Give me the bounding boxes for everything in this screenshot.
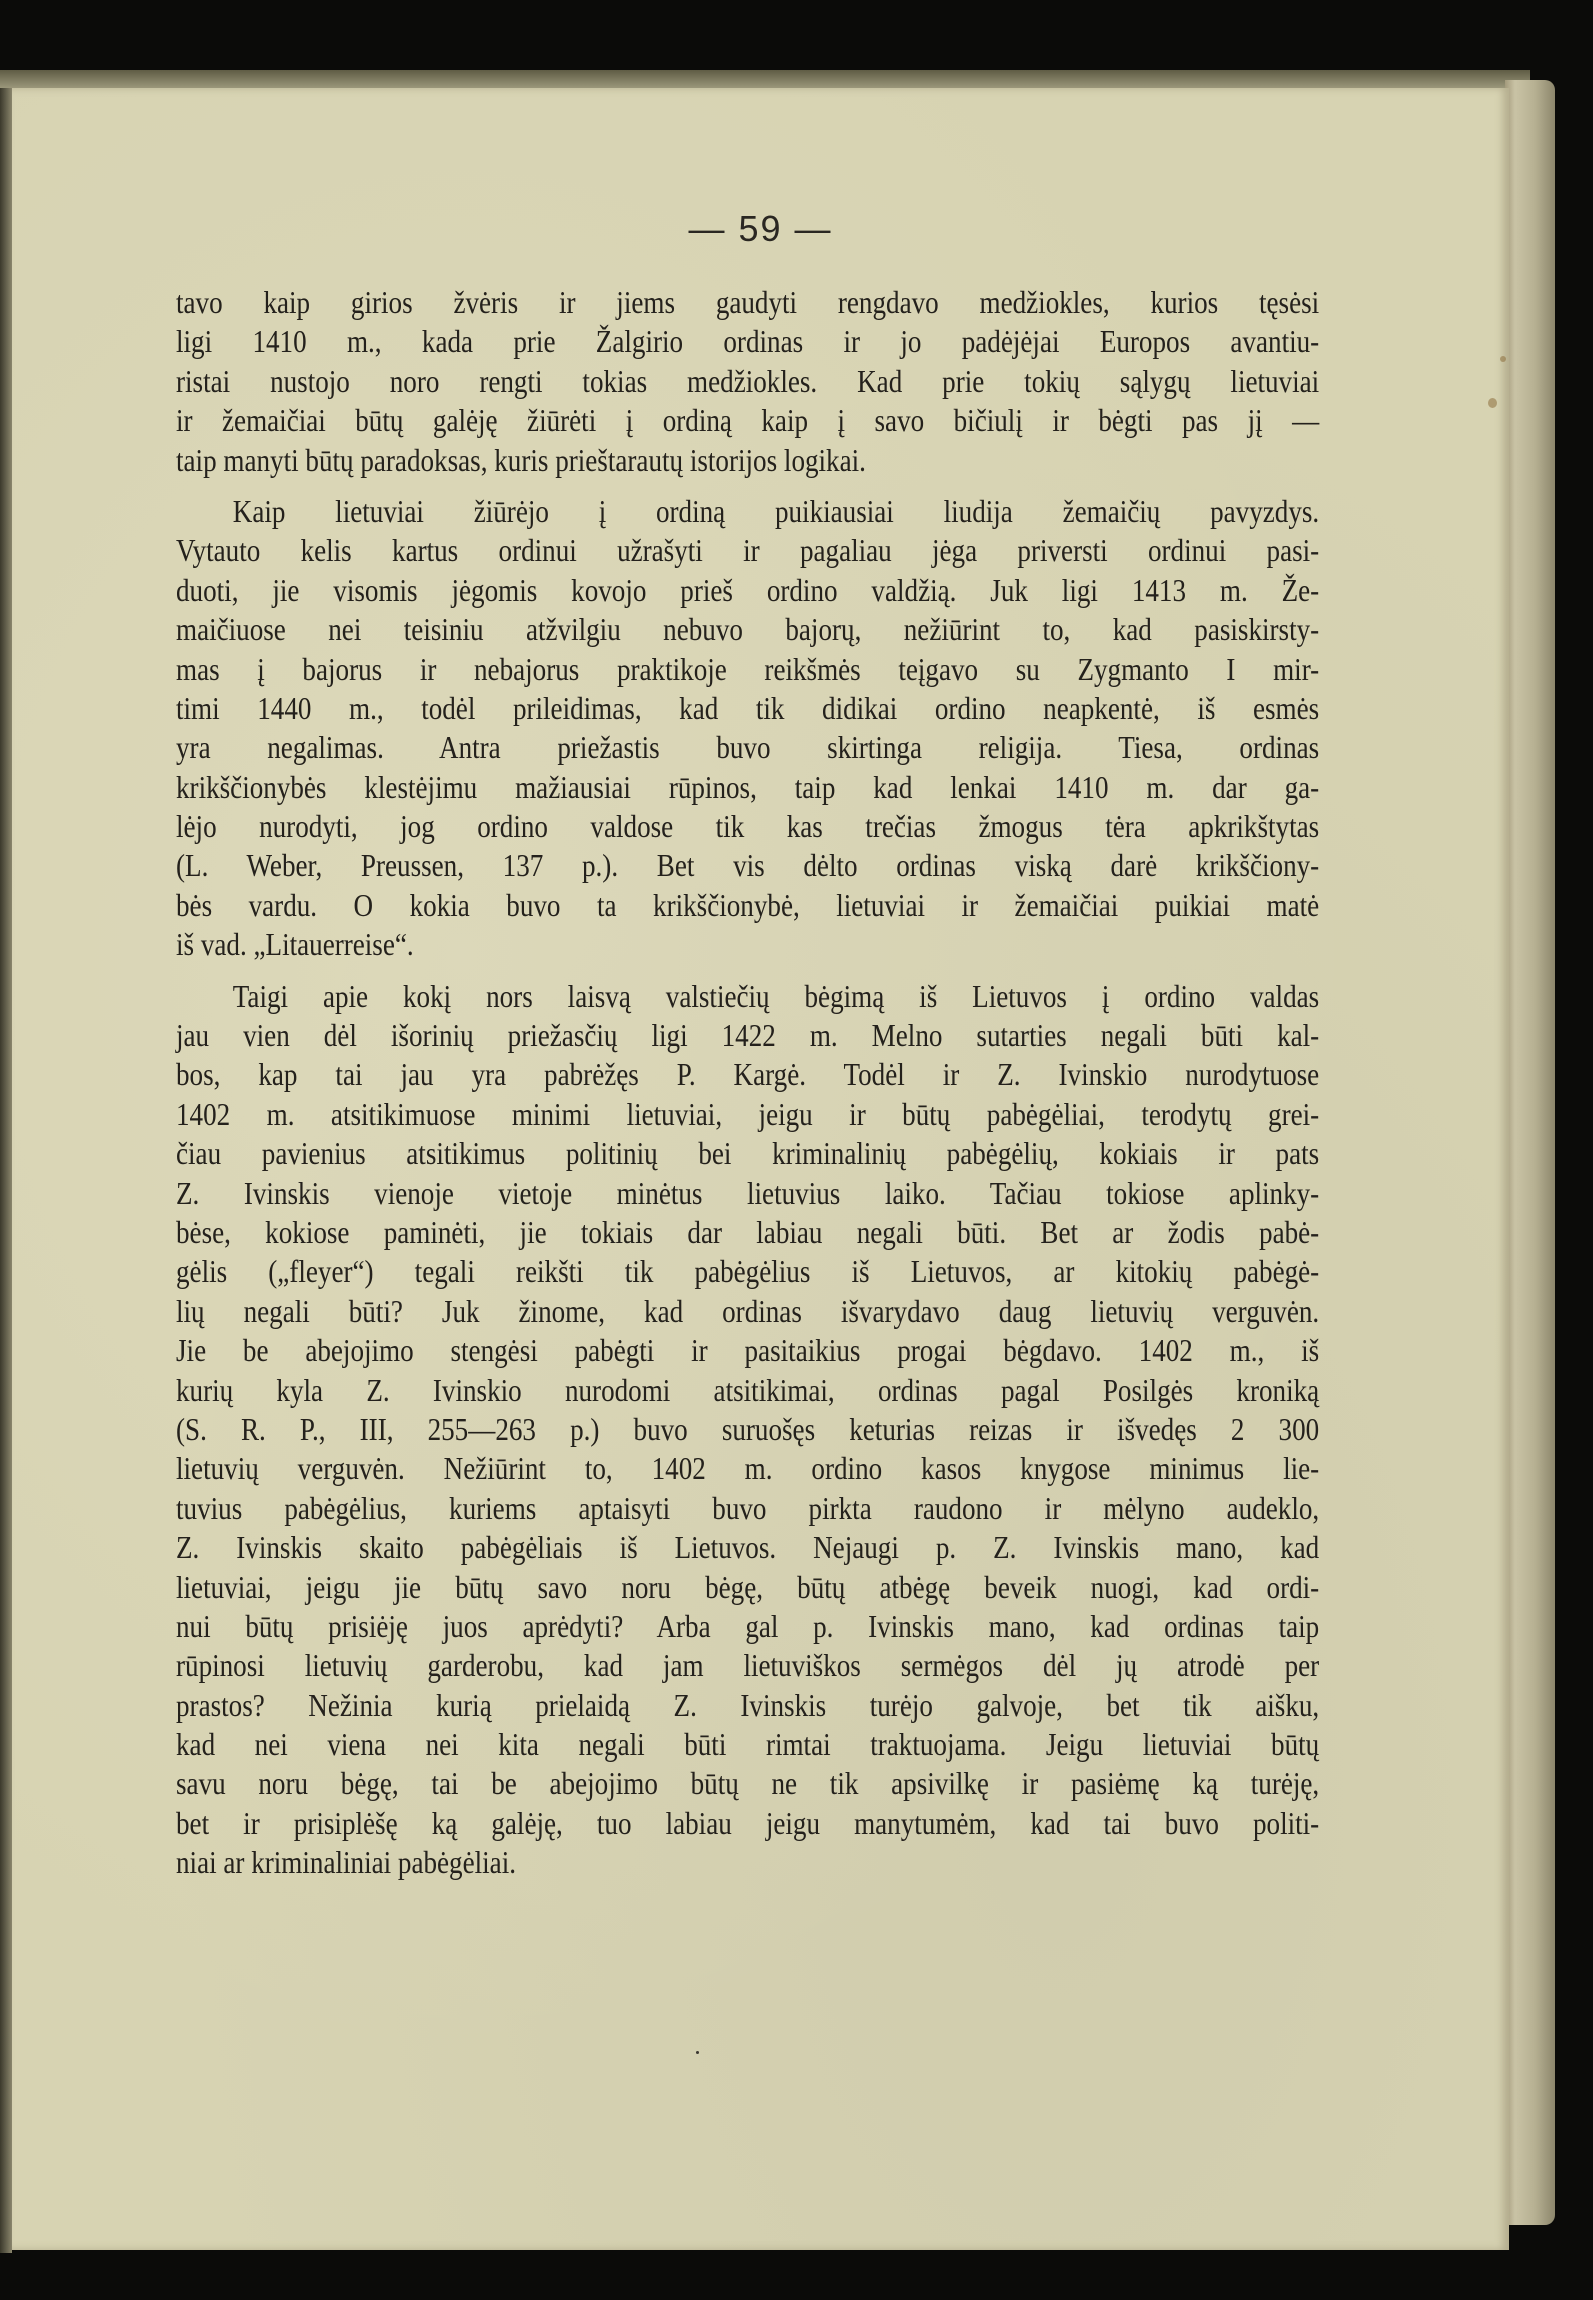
text-line: ristai nustojo noro rengti tokias medžio… (176, 362, 1319, 401)
text-line: bės vardu. O kokia buvo ta krikščionybė,… (176, 886, 1319, 925)
book-page: — 59 — tavo kaip girios žvėris ir jiems … (12, 88, 1509, 2250)
text-line: ir žemaičiai būtų galėję žiūrėti į ordin… (176, 401, 1319, 440)
page-number: — 59 — (12, 208, 1509, 250)
text-line: Z. Ivinskis vienoje vietoje minėtus liet… (176, 1174, 1319, 1213)
text-line: tavo kaip girios žvėris ir jiems gaudyti… (176, 283, 1319, 322)
paragraph-1: tavo kaip girios žvėris ir jiems gaudyti… (176, 283, 1319, 480)
text-line: (L. Weber, Preussen, 137 p.). Bet vis dė… (176, 846, 1319, 885)
text-line: Taigi apie kokį nors laisvą valstiečių b… (176, 977, 1319, 1016)
text-line: duoti, jie visomis jėgomis kovojo prieš … (176, 571, 1319, 610)
text-line: kad nei viena nei kita negali būti rimta… (176, 1725, 1319, 1764)
text-line: niai ar kriminaliniai pabėgėliai. (176, 1843, 1319, 1882)
paragraph-gap (176, 480, 1319, 492)
text-line: lėjo nurodyti, jog ordino valdose tik ka… (176, 807, 1319, 846)
text-line: lių negali būti? Juk žinome, kad ordinas… (176, 1292, 1319, 1331)
text-line: iš vad. „Litauerreise“. (176, 925, 1319, 964)
text-line: bet ir prisiplėšę ką galėję, tuo labiau … (176, 1804, 1319, 1843)
text-line: Vytauto kelis kartus ordinui užrašyti ir… (176, 531, 1319, 570)
page-fore-edge (1505, 80, 1555, 2225)
body-text: tavo kaip girios žvėris ir jiems gaudyti… (176, 283, 1319, 1883)
paper-stain (1488, 398, 1497, 408)
paragraph-3: Taigi apie kokį nors laisvą valstiečių b… (176, 977, 1319, 1883)
text-line: nui būtų prisiėję juos aprėdyti? Arba ga… (176, 1607, 1319, 1646)
text-line: mas į bajorus ir nebajorus praktikoje re… (176, 650, 1319, 689)
paper-stain (1500, 356, 1506, 362)
text-line: rūpinosi lietuvių garderobu, kad jam lie… (176, 1646, 1319, 1685)
text-line: bos, kap tai jau yra pabrėžęs P. Kargė. … (176, 1055, 1319, 1094)
text-line: prastos? Nežinia kurią prielaidą Z. Ivin… (176, 1686, 1319, 1725)
text-line: 1402 m. atsitikimuose minimi lietuviai, … (176, 1095, 1319, 1134)
book-left-edge (0, 88, 12, 2253)
text-line: Jie be abejojimo stengėsi pabėgti ir pas… (176, 1331, 1319, 1370)
paragraph-2: Kaip lietuviai žiūrėjo į ordiną puikiaus… (176, 492, 1319, 965)
text-line: yra negalimas. Antra priežastis buvo ski… (176, 728, 1319, 767)
text-line: savu noru bėgę, tai be abejojimo būtų ne… (176, 1764, 1319, 1803)
text-line: čiau pavienius atsitikimus politinių bei… (176, 1134, 1319, 1173)
text-line: maičiuose nei teisiniu atžvilgiu nebuvo … (176, 610, 1319, 649)
text-line: ligi 1410 m., kada prie Žalgirio ordinas… (176, 322, 1319, 361)
text-line: timi 1440 m., todėl prileidimas, kad tik… (176, 689, 1319, 728)
text-line: lietuviai, jeigu jie būtų savo noru bėgę… (176, 1568, 1319, 1607)
text-line: jau vien dėl išorinių priežasčių ligi 14… (176, 1016, 1319, 1055)
ink-speck (696, 2051, 699, 2054)
text-line: tuvius pabėgėlius, kuriems aptaisyti buv… (176, 1489, 1319, 1528)
text-line: Kaip lietuviai žiūrėjo į ordiną puikiaus… (176, 492, 1319, 531)
text-line: krikščionybės klestėjimu mažiausiai rūpi… (176, 768, 1319, 807)
text-line: taip manyti būtų paradoksas, kuris prieš… (176, 441, 1319, 480)
text-line: lietuvių verguvėn. Nežiūrint to, 1402 m.… (176, 1449, 1319, 1488)
text-line: kurių kyla Z. Ivinskio nurodomi atsitiki… (176, 1371, 1319, 1410)
text-line: gėlis („fleyer“) tegali reikšti tik pabė… (176, 1252, 1319, 1291)
paragraph-gap (176, 965, 1319, 977)
text-line: (S. R. P., III, 255—263 p.) buvo suruošę… (176, 1410, 1319, 1449)
text-line: Z. Ivinskis skaito pabėgėliais iš Lietuv… (176, 1528, 1319, 1567)
text-line: bėse, kokiose paminėti, jie tokiais dar … (176, 1213, 1319, 1252)
